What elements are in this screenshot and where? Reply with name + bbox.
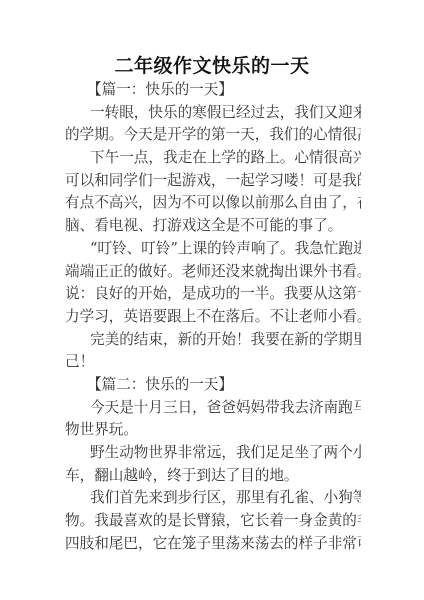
paragraph-line: 的学期。今天是开学的第一天，我们的心情很高兴了！: [65, 124, 361, 147]
paragraph-line: 物。我最喜欢的是长臂猿，它长着一身金黄的毛，长长的: [65, 510, 361, 533]
paragraph-line: 今天是十月三日，爸爸妈妈带我去济南跑马岭野生动: [65, 397, 361, 420]
paragraph-line: 脑、看电视、打游戏这全是不可能的事了。: [65, 215, 361, 238]
paragraph-line: 有点不高兴，因为不可以像以前那么自由了，在家玩电: [65, 192, 361, 215]
section-heading-2: 【篇二：快乐的一天】: [65, 374, 361, 397]
paragraph-line: 完美的结束，新的开始！我要在新的学期里改变我自: [65, 329, 361, 352]
paragraph-line: 野生动物世界非常远，我们足足坐了两个小时的汽: [65, 442, 361, 465]
paragraph-line: 四肢和尾巴，它在笼子里荡来荡去的样子非常可爱！: [65, 533, 361, 556]
paragraph-line: 说：良好的开始，是成功的一半。我要从这第一天开始努: [65, 283, 361, 306]
document-body: 【篇一：快乐的一天】 一转眼，快乐的寒假已经过去，我们又迎来了一个新 的学期。今…: [65, 79, 361, 555]
paragraph-line: 一转眼，快乐的寒假已经过去，我们又迎来了一个新: [65, 102, 361, 125]
paragraph-line: 端端正正的做好。老师还没来就掏出课外书看。老师常: [65, 261, 361, 284]
paragraph-line: “叮铃、叮铃”上课的铃声响了。我急忙跑进教室，: [65, 238, 361, 261]
document-page: 二年级作文快乐的一天 【篇一：快乐的一天】 一转眼，快乐的寒假已经过去，我们又迎…: [0, 0, 424, 600]
paragraph-line: 我们首先来到步行区，那里有孔雀、小狗等各种小动: [65, 487, 361, 510]
section-heading-1: 【篇一：快乐的一天】: [65, 79, 361, 102]
paragraph-line: 力学习，英语要跟上不在落后。不让老师小看。: [65, 306, 361, 329]
paragraph-line: 下午一点，我走在上学的路上。心情很高兴，因为又: [65, 147, 361, 170]
paragraph-line: 己！: [65, 351, 361, 374]
paragraph-line: 可以和同学们一起游戏，一起学习喽！可是我的心情还是: [65, 170, 361, 193]
paragraph-line: 物世界玩。: [65, 419, 361, 442]
paragraph-line: 车，翻山越岭，终于到达了目的地。: [65, 465, 361, 488]
document-title: 二年级作文快乐的一天: [0, 51, 424, 78]
